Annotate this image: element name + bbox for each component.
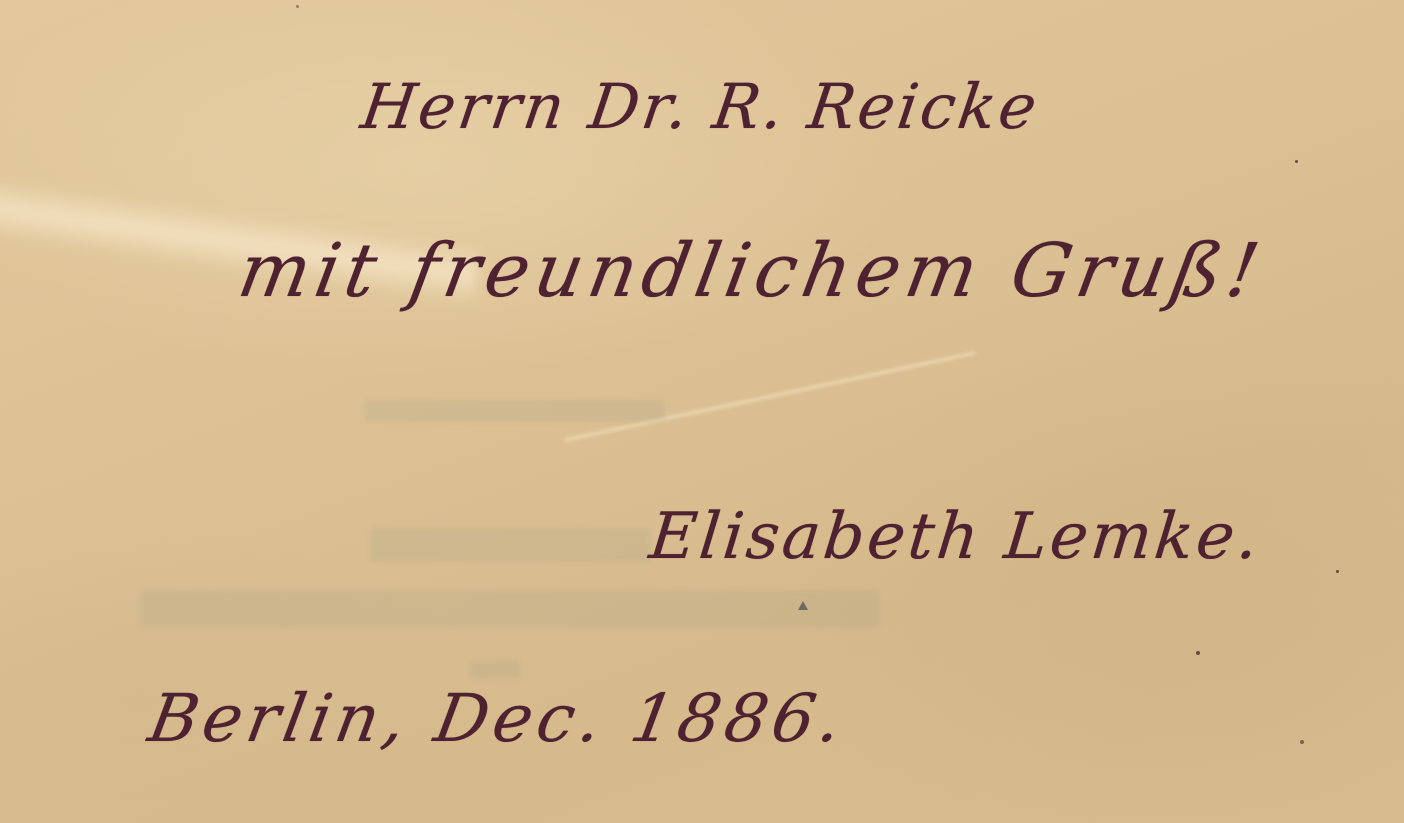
signature-line: Elisabeth Lemke. — [646, 500, 1265, 574]
recipient-line: Herrn Dr. R. Reicke — [357, 70, 1044, 143]
document-page: Herrn Dr. R. Reicke mit freundlichem Gru… — [0, 0, 1404, 823]
paper-crease — [564, 351, 975, 441]
ink-speck — [1300, 740, 1304, 744]
ink-speck — [1196, 651, 1200, 655]
ink-speck — [1336, 570, 1339, 573]
place-date-line: Berlin, Dec. 1886. — [143, 680, 852, 757]
ink-speck — [1295, 160, 1298, 163]
show-through-line-1 — [365, 400, 665, 427]
paper-mark — [798, 601, 808, 610]
show-through-line-3 — [140, 590, 880, 633]
greeting-line: mit freundlichem Gruß! — [232, 228, 1271, 314]
show-through-line-2 — [370, 528, 650, 567]
ink-speck — [296, 5, 299, 8]
